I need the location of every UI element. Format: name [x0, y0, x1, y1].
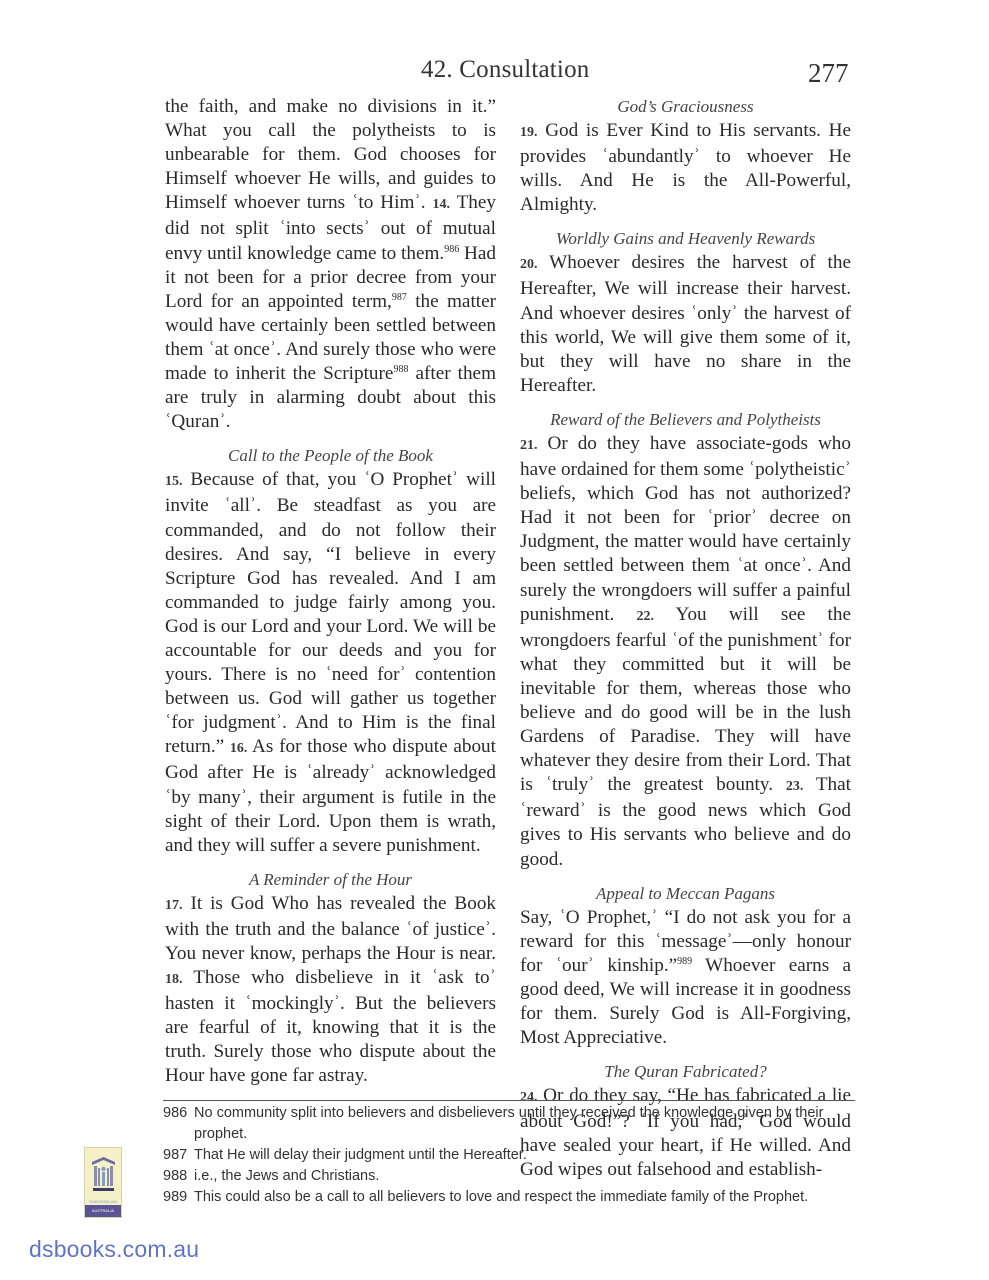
verse-number: 17. — [165, 898, 183, 913]
verse-number: 19. — [520, 125, 538, 140]
verse-number: 21. — [520, 438, 538, 453]
paragraph: 19. God is Ever Kind to His servants. He… — [520, 119, 851, 217]
verse-number: 15. — [165, 474, 183, 489]
footnote-ref[interactable]: 988 — [393, 364, 408, 375]
section-heading: A Reminder of the Hour — [165, 868, 496, 892]
footnote: 987 That He will delay their judgment un… — [163, 1145, 863, 1166]
footnote-number: 988 — [163, 1166, 194, 1187]
section-heading: Worldly Gains and Heavenly Rewards — [520, 227, 851, 251]
footnotes: 986 No community split into believers an… — [163, 1103, 863, 1208]
footnote-ref[interactable]: 989 — [677, 956, 692, 967]
verse-number: 23. — [786, 779, 804, 794]
right-column: God’s Graciousness 19. God is Ever Kind … — [520, 95, 851, 1183]
footnote-separator — [163, 1100, 855, 1101]
footnote: 986 No community split into believers an… — [163, 1103, 863, 1145]
running-head: 42. Consultation 277 — [0, 56, 989, 90]
paragraph: Say, ʿO Prophet,ʾ “I do not ask you for … — [520, 906, 851, 1051]
footnote-number: 986 — [163, 1103, 194, 1145]
footnote-ref[interactable]: 987 — [392, 292, 407, 303]
paragraph: 21. Or do they have associate-gods who h… — [520, 432, 851, 872]
footnote-text: That He will delay their judgment until … — [194, 1145, 863, 1166]
verse-number: 20. — [520, 257, 538, 272]
footnote-text: This could also be a call to all believe… — [194, 1187, 863, 1208]
section-heading: Reward of the Believers and Polytheists — [520, 408, 851, 432]
paragraph: 15. Because of that, you ʿO Prophetʾ wil… — [165, 468, 496, 858]
paragraph: 17. It is God Who has revealed the Book … — [165, 892, 496, 1089]
verse-number: 18. — [165, 972, 183, 987]
logo-name: DARUSSALAM — [85, 1199, 121, 1204]
footnote-text: No community split into believers and di… — [194, 1103, 863, 1145]
page-number: 277 — [808, 58, 849, 89]
section-heading: God’s Graciousness — [520, 95, 851, 119]
footnote-text: i.e., the Jews and Christians. — [194, 1166, 863, 1187]
verse-number: 14. — [432, 197, 450, 212]
left-column: the faith, and make no divisions in it.”… — [165, 95, 496, 1089]
section-heading: Appeal to Meccan Pagans — [520, 882, 851, 906]
verse-number: 16. — [230, 741, 248, 756]
footnote: 989 This could also be a call to all bel… — [163, 1187, 863, 1208]
logo-region: AUSTRALIA — [85, 1205, 121, 1217]
section-heading: The Quran Fabricated? — [520, 1060, 851, 1084]
section-heading: Call to the People of the Book — [165, 444, 496, 468]
book-minaret-icon — [90, 1154, 117, 1194]
footnote-number: 987 — [163, 1145, 194, 1166]
site-url-link[interactable]: dsbooks.com.au — [29, 1236, 199, 1263]
paragraph: the faith, and make no divisions in it.”… — [165, 95, 496, 434]
footnote: 988 i.e., the Jews and Christians. — [163, 1166, 863, 1187]
footnote-number: 989 — [163, 1187, 194, 1208]
chapter-title: 42. Consultation — [421, 56, 589, 84]
footnote-ref[interactable]: 986 — [444, 244, 459, 255]
darussalam-logo: DARUSSALAM AUSTRALIA — [84, 1147, 122, 1218]
verse-number: 22. — [637, 609, 655, 624]
paragraph: 20. Whoever desires the harvest of the H… — [520, 251, 851, 398]
